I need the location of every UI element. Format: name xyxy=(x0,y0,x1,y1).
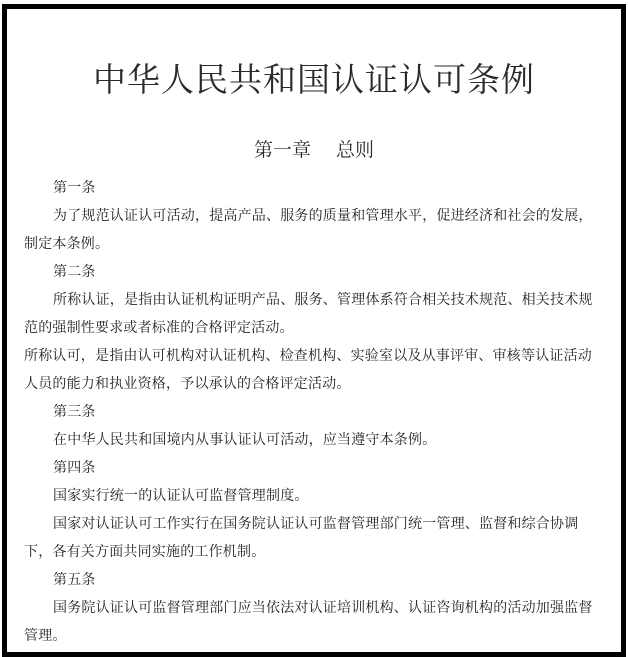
article-heading: 第二条 xyxy=(53,262,613,282)
article-heading: 第三条 xyxy=(53,402,613,422)
paragraph-line: 下，各有关方面共同实施的工作机制。 xyxy=(24,542,584,562)
article-heading: 第四条 xyxy=(53,458,613,478)
paragraph-line: 为了规范认证认可活动，提高产品、服务的质量和管理水平，促进经济和社会的发展， xyxy=(53,206,613,226)
document-page: 中华人民共和国认证认可条例 第一章 总则 第一条 为了规范认证认可活动，提高产品… xyxy=(0,0,628,657)
chapter-heading: 第一章 总则 xyxy=(0,136,628,164)
article-heading: 第一条 xyxy=(53,178,613,198)
paragraph-line: 人员的能力和执业资格，予以承认的合格评定活动。 xyxy=(24,374,584,394)
document-title: 中华人民共和国认证认可条例 xyxy=(0,58,628,102)
paragraph-line: 国家实行统一的认证认可监督管理制度。 xyxy=(53,486,613,506)
paragraph-line: 制定本条例。 xyxy=(24,234,584,254)
paragraph-line: 所称认可，是指由认可机构对认证机构、检查机构、实验室以及从事评审、审核等认证活动 xyxy=(24,346,584,366)
paragraph-line: 所称认证，是指由认证机构证明产品、服务、管理体系符合相关技术规范、相关技术规 xyxy=(53,290,613,310)
paragraph-line: 国务院认证认可监督管理部门应当依法对认证培训机构、认证咨询机构的活动加强监督 xyxy=(53,598,613,618)
paragraph-line: 管理。 xyxy=(24,626,584,646)
paragraph-line: 国家对认证认可工作实行在国务院认证认可监督管理部门统一管理、监督和综合协调 xyxy=(53,514,613,534)
article-heading: 第五条 xyxy=(53,570,613,590)
paragraph-line: 在中华人民共和国境内从事认证认可活动，应当遵守本条例。 xyxy=(53,430,613,450)
paragraph-line: 范的强制性要求或者标准的合格评定活动。 xyxy=(24,318,584,338)
